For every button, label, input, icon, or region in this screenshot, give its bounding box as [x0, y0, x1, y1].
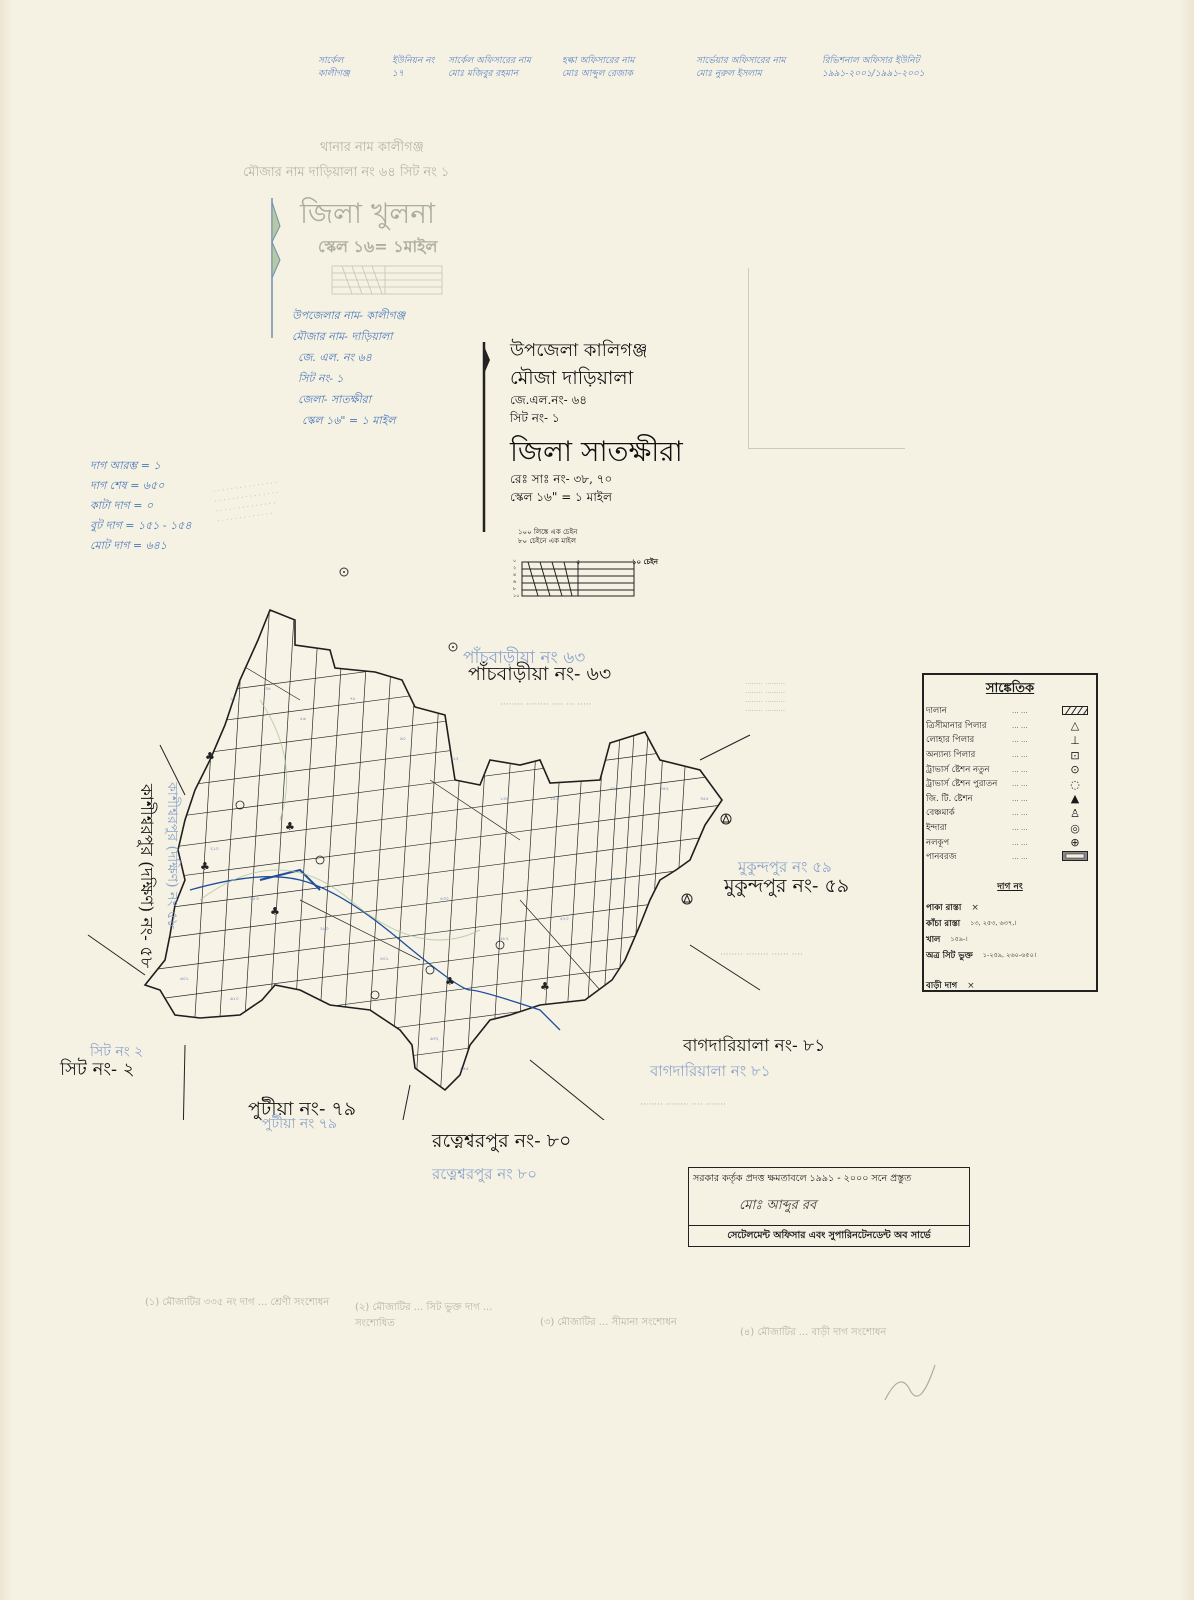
svg-text:১১২: ১১২	[450, 757, 459, 762]
scale-notes: ১০০ লিঙ্কে এক চেইন ৮০ চেইনে এক মাইল	[518, 528, 577, 546]
southeast-mouza-handwritten: বাগদারিয়ালা নং ৮১	[650, 1060, 770, 1085]
road-row: অত্র সিট ভুক্ত১-২৫৯, ২৬০-৬৫০।	[924, 948, 1096, 964]
svg-text:৩৫৫: ৩৫৫	[700, 797, 709, 802]
legend: সাঙ্কেতিক দালান... ... ত্রিসীমানার পিলার…	[922, 673, 1098, 992]
header-revisional: রিভিশনাল অফিসার ইউনিট১৯৯১-২০০১/১৯৯১-২০০১	[822, 55, 925, 81]
svg-text:৬৩২: ৬৩২	[430, 1037, 439, 1042]
old-title-bar-icon	[268, 198, 288, 338]
pencil-signature-icon	[880, 1360, 940, 1410]
certificate-line1: সরকার কর্তৃক প্রদত্ত ক্ষমতাবলে ১৯৯১ - ২০…	[693, 1172, 911, 1187]
header-circle: সার্কেলকালীগঞ্জ	[318, 55, 350, 81]
legend-item: ট্রাভার্স ষ্টেশন পুরাতন... ...◌	[924, 777, 1096, 792]
legend-item: পানবরজ... ...	[924, 850, 1096, 865]
legend-item: ইন্দারা... ...◎	[924, 821, 1096, 836]
certificate-line3: সেটেলমেন্ট অফিসার এবং সুপারিনটেনডেন্ট অব…	[689, 1225, 969, 1246]
header-union: ইউনিয়ন নং১৭	[392, 55, 434, 81]
svg-text:♣: ♣	[200, 860, 210, 873]
north-mouza-label: পাঁচবাড়ীয়া নং- ৬৩	[468, 660, 611, 692]
road-row: কাঁচা রাস্তা১৩, ২৫৩, ৬৩৭,।	[924, 916, 1096, 932]
handwritten-notes: উপজেলার নাম- কালীগঞ্জ মৌজার নাম- দাড়িয়…	[292, 305, 405, 431]
svg-text:♣: ♣	[540, 980, 550, 993]
crossed-circle-icon: ⊕	[1060, 836, 1090, 849]
southeast-mouza-label: বাগদারিয়ালা নং- ৮১	[683, 1033, 825, 1061]
legend-item: জি. টি. ষ্টেশন... ...▲	[924, 792, 1096, 807]
west-mouza-handwritten: কাশীশ্বরপুর (দক্ষিণ) নং ৫৮	[160, 782, 184, 1002]
old-scale-grid-icon	[330, 260, 450, 300]
svg-text:৬৪৫: ৬৪৫	[460, 1067, 469, 1072]
svg-text:৬১০: ৬১০	[230, 997, 239, 1002]
svg-text:১৫৬: ১৫৬	[550, 797, 560, 802]
circle-dot-icon: ⊙	[1060, 763, 1090, 776]
dashed-circle-dot-icon: ◌	[1060, 778, 1090, 791]
dotted-box-icon	[1062, 851, 1088, 861]
legend-item: বেঞ্চমার্ক... ...♙	[924, 806, 1096, 821]
header-halka-officer: হল্কা অফিসারের নামমোঃ আব্দুল রেজাক	[562, 55, 634, 81]
bottom-note-4: (৪) মৌজাটির ... বাড়ী দাগ সংশোধন	[740, 1325, 930, 1341]
svg-text:৩৪২: ৩৪২	[660, 787, 669, 792]
svg-text:২৫৩: ২৫৩	[250, 897, 260, 902]
faded-old-table	[748, 268, 905, 449]
benchmark-icon: ♙	[1060, 807, 1090, 820]
sheet-ref-label: সিট নং- ২	[60, 1055, 135, 1086]
trijunction-pillar-icon	[719, 812, 733, 826]
triangle-dot-icon: △	[1060, 719, 1090, 732]
west-mouza-label: কাশীশ্বরপুর (দক্ষিণ) নং- ৫৮	[131, 784, 159, 1004]
svg-text:৯০: ৯০	[400, 737, 406, 742]
traverse-station-icon	[338, 566, 350, 578]
svg-text:৪০১: ৪০১	[380, 957, 389, 962]
south-mouza-handwritten: রত্নেশ্বরপুর নং ৮০	[432, 1163, 537, 1188]
faint-annotation: ········ ········ ···· ··· ·····	[500, 700, 592, 710]
bottom-note-1: (১) মৌজাটির ৩৩৫ নং দাগ ... শ্রেণী সংশোধন	[145, 1295, 335, 1311]
solid-triangle-icon: ▲	[1060, 792, 1090, 805]
faint-annotation: ········ ········ ···· ·······	[640, 1100, 726, 1110]
scale-tick-5: ৫	[576, 556, 581, 568]
trijunction-pillar-icon	[680, 892, 694, 906]
road-row: পাকা রাস্তা×	[924, 900, 1096, 916]
svg-text:♣: ♣	[285, 820, 295, 833]
road-row: বাড়ী দাগ×	[924, 978, 1096, 994]
header-surveyor: সার্ভেয়ার অফিসারের নামমোঃ নুরুল ইসলাম	[696, 55, 785, 81]
plot-count-notes: দাগ আরম্ভ = ১ দাগ শেষ = ৬৫০ কাটা দাগ = ০…	[90, 456, 192, 556]
svg-text:১২: ১২	[230, 697, 236, 702]
legend-item: ট্রাভার্স ষ্টেশন নতুন... ...⊙	[924, 762, 1096, 777]
certificate-box: সরকার কর্তৃক প্রদত্ত ক্ষমতাবলে ১৯৯১ - ২০…	[688, 1167, 970, 1247]
svg-text:২১০: ২১০	[210, 847, 219, 852]
signature: মোঃ আব্দুর রব	[739, 1196, 816, 1217]
legend-item: নলকূপ... ...⊕	[924, 835, 1096, 850]
east-mouza-label: মুকুন্দপুর নং- ৫৯	[724, 872, 849, 904]
scale-left-ticks: ০২৪৬৮১০	[513, 558, 520, 600]
svg-text:৩২১: ৩২১	[610, 787, 619, 792]
double-circle-icon: ◎	[1060, 822, 1090, 835]
svg-text:৪৩০: ৪৩০	[440, 897, 449, 902]
road-row: খাল১৫৯-।	[924, 932, 1096, 948]
southwest-mouza-handwritten: পুটীয়া নং ৭৯	[262, 1112, 337, 1136]
title-sheet-no: সিট নং- ১	[510, 410, 560, 430]
iron-pillar-icon: ⊥	[1060, 734, 1090, 747]
title-bar-icon	[478, 342, 492, 532]
svg-text:৩৪: ৩৪	[265, 687, 271, 692]
header-circle-officer: সার্কেল অফিসারের নামমোঃ মজিবুর রহমান	[448, 55, 531, 81]
svg-text:১৩৪: ১৩৪	[500, 797, 509, 802]
hatched-box-icon	[1062, 706, 1088, 715]
svg-text:২৮০: ২৮০	[320, 927, 329, 932]
legend-item: অন্যান্য পিলার... ...⊡	[924, 748, 1096, 763]
dag-title: দাগ নং	[924, 879, 1096, 894]
old-district: জিলা খুলনা	[300, 192, 435, 239]
boxed-dot-icon: ⊡	[1060, 749, 1090, 762]
legend-item: লোহার পিলার... ...⊥	[924, 733, 1096, 748]
legend-item: দালান... ...	[924, 704, 1096, 719]
svg-text:♣: ♣	[445, 975, 455, 988]
bottom-note-3: (৩) মৌজাটির ... সীমানা সংশোধন	[540, 1315, 730, 1331]
svg-text:৫৭৪: ৫৭৪	[610, 877, 619, 882]
title-rs-no: রেঃ সাঃ নং- ৩৮, ৭০	[510, 471, 612, 491]
cadastral-map[interactable]: ১২৩৪৫৬৭৮ ৯০১১২১৩৪১৫৬ ৩২১৩৪২৩৫৫ ২১০২৫৩২৮০…	[80, 600, 780, 1120]
old-thana-name: থানার নাম কালীগঞ্জ	[320, 138, 424, 159]
legend-title: সাঙ্কেতিক	[924, 679, 1096, 700]
svg-text:♣: ♣	[270, 905, 280, 918]
scale-tick-10: ১০ চেইন	[632, 556, 658, 568]
title-upazila: উপজেলা কালিগঞ্জ	[510, 336, 647, 367]
title-jl-no: জে.এল.নং- ৬৪	[510, 392, 587, 412]
title-district: জিলা সাতক্ষীরা	[510, 430, 683, 477]
faint-annotation: ········ ················· ·············…	[745, 680, 785, 716]
legend-item: ত্রিসীমানার পিলার... ...△	[924, 719, 1096, 734]
faint-pencil-note: · · · · · · · · · · · · · · ·· · · · · ·…	[213, 478, 282, 527]
old-mouza-line: মৌজার নাম দাড়িয়ালা নং ৬৪ সিট নং ১	[243, 163, 449, 184]
faint-annotation: ········ ········ ······ ····	[720, 950, 803, 960]
bottom-note-2: (২) মৌজাটির ... সিট ভুক্ত দাগ ... সংশোধি…	[355, 1300, 535, 1332]
title-scale: স্কেল ১৬" = ১ মাইল	[510, 489, 612, 509]
old-scale: স্কেল ১৬= ১মাইল	[318, 234, 437, 261]
map-sheet: সার্কেলকালীগঞ্জ ইউনিয়ন নং১৭ সার্কেল অফি…	[0, 0, 1194, 1600]
svg-text:৫২০: ৫২০	[560, 917, 569, 922]
svg-text:♣: ♣	[205, 750, 215, 763]
south-mouza-label: রত্নেশ্বরপুর নং- ৮০	[432, 1127, 571, 1159]
